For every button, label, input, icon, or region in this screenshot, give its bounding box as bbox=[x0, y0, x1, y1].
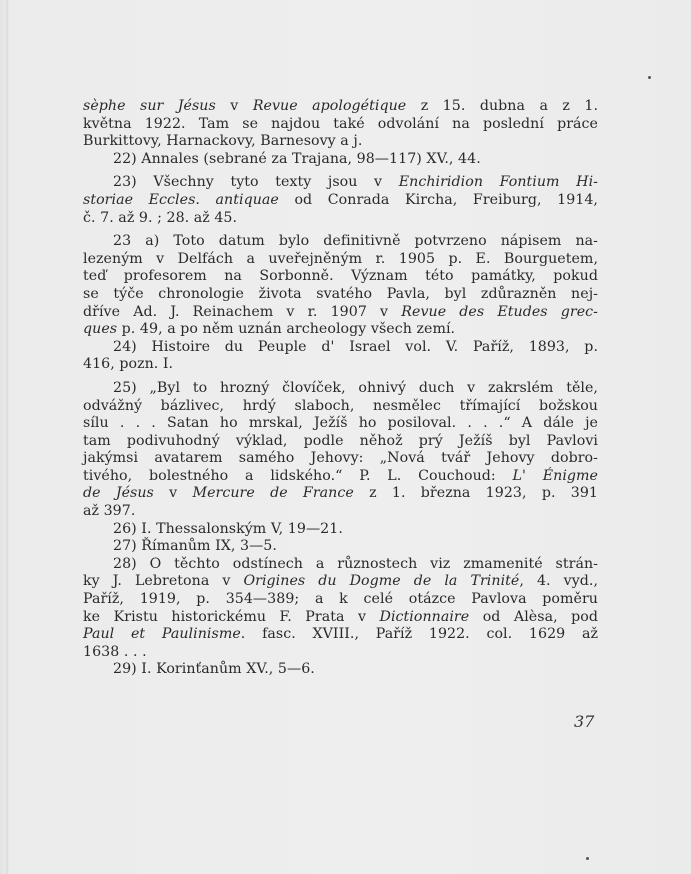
text-line: se týče chronologie života svatého Pavla… bbox=[83, 286, 598, 304]
text-segment: 25) „Byl to hrozný človíček, ohnivý duch… bbox=[113, 380, 598, 396]
text-segment: se týče chronologie života svatého Pavla… bbox=[83, 286, 598, 302]
text-line: 29) I. Korinťanům XV., 5—6. bbox=[83, 661, 598, 679]
italic-title: ques bbox=[83, 321, 117, 337]
text-segment: Burkittovy, Harnackovy, Barnesovy a j. bbox=[83, 133, 362, 149]
italic-title: Origines du Dogme de la Trinité bbox=[243, 573, 519, 589]
text-line: tam podivuhodný výklad, podle něhož prý … bbox=[83, 433, 598, 451]
text-segment: května 1922. Tam se najdou také odvolání… bbox=[83, 116, 598, 132]
text-segment: z 1. března 1923, p. 391 bbox=[354, 485, 598, 501]
text-segment: od Alèsa, pod bbox=[469, 609, 598, 625]
italic-title: storiae Eccles. antiquae bbox=[83, 192, 279, 208]
text-segment: 24) Histoire du Peuple d' Israel vol. V.… bbox=[113, 339, 598, 355]
text-line: ky J. Lebretona v Origines du Dogme de l… bbox=[83, 573, 598, 591]
text-line: 27) Římanům IX, 3—5. bbox=[83, 538, 598, 556]
text-segment: 29) I. Korinťanům XV., 5—6. bbox=[113, 661, 315, 677]
text-line: 23) Všechny tyto texty jsou v Enchiridio… bbox=[83, 174, 598, 192]
text-line: 22) Annales (sebrané za Trajana, 98—117)… bbox=[83, 151, 598, 169]
text-line: Paříž, 1919, p. 354—389; a k celé otázce… bbox=[83, 591, 598, 609]
text-line: 26) I. Thessalonským V, 19—21. bbox=[83, 521, 598, 539]
text-segment: z 15. dubna a z 1. bbox=[406, 98, 598, 114]
text-segment: 416, pozn. I. bbox=[83, 356, 173, 372]
text-line: teď profesorem na Sorbonně. Význam této … bbox=[83, 268, 598, 286]
text-line: Burkittovy, Harnackovy, Barnesovy a j. bbox=[83, 133, 598, 151]
text-segment: odvážný bázlivec, hrdý slaboch, nesmělec… bbox=[83, 398, 598, 414]
text-line: Paul et Paulinisme. fasc. XVIII., Paříž … bbox=[83, 626, 598, 644]
page-number: 37 bbox=[574, 712, 594, 731]
text-segment: sílu . . . Satan ho mrskal, Ježíš ho pos… bbox=[83, 415, 598, 431]
text-line: ke Kristu historickému F. Prata v Dictio… bbox=[83, 609, 598, 627]
text-segment: . fasc. XVIII., Paříž 1922. col. 1629 až bbox=[241, 626, 598, 642]
text-line: lezeným v Delfách a uveřejněným r. 1905 … bbox=[83, 251, 598, 269]
italic-title: sèphe sur Jésus bbox=[83, 98, 216, 114]
text-segment: ke Kristu historickému F. Prata v bbox=[83, 609, 380, 625]
text-line: 25) „Byl to hrozný človíček, ohnivý duch… bbox=[83, 380, 598, 398]
italic-title: L' Énigme bbox=[513, 468, 598, 484]
text-segment: 1638 . . . bbox=[83, 644, 147, 660]
text-line: 24) Histoire du Peuple d' Israel vol. V.… bbox=[83, 339, 598, 357]
text-line: tivého, bolestného a lidského.“ P. L. Co… bbox=[83, 468, 598, 486]
italic-title: Revue des Etudes grec- bbox=[401, 304, 598, 320]
text-segment: v bbox=[216, 98, 253, 114]
text-segment: teď profesorem na Sorbonně. Význam této … bbox=[83, 268, 598, 284]
text-segment: lezeným v Delfách a uveřejněným r. 1905 … bbox=[83, 251, 598, 267]
text-segment: tivého, bolestného a lidského.“ P. L. Co… bbox=[83, 468, 513, 484]
text-line: 1638 . . . bbox=[83, 644, 598, 662]
paper-speck bbox=[648, 76, 651, 79]
text-segment: v bbox=[154, 485, 193, 501]
text-segment: ky J. Lebretona v bbox=[83, 573, 243, 589]
text-segment: od Conrada Kircha, Freiburg, 1914, bbox=[279, 192, 598, 208]
text-line: 23 a) Toto datum bylo definitivně potvrz… bbox=[83, 233, 598, 251]
text-segment: , 4. vyd., bbox=[519, 573, 598, 589]
text-segment: jakýmsi avatarem samého Jehovy: „Nová tv… bbox=[83, 450, 598, 466]
footnotes-text-block: sèphe sur Jésus v Revue apologétique z 1… bbox=[83, 98, 598, 679]
text-line: 28) O těchto odstínech a různostech viz … bbox=[83, 556, 598, 574]
paper-speck bbox=[586, 857, 589, 860]
text-line: 416, pozn. I. bbox=[83, 356, 598, 374]
text-segment: dříve Ad. J. Reinachem v r. 1907 v bbox=[83, 304, 401, 320]
italic-title: Paul et Paulinisme bbox=[83, 626, 241, 642]
italic-title: Dictionnaire bbox=[380, 609, 470, 625]
text-segment: 28) O těchto odstínech a různostech viz … bbox=[113, 556, 598, 572]
text-line: až 397. bbox=[83, 503, 598, 521]
text-line: odvážný bázlivec, hrdý slaboch, nesmělec… bbox=[83, 398, 598, 416]
italic-title: de Jésus bbox=[83, 485, 154, 501]
text-segment: 23 a) Toto datum bylo definitivně potvrz… bbox=[113, 233, 598, 249]
text-segment: Paříž, 1919, p. 354—389; a k celé otázce… bbox=[83, 591, 598, 607]
italic-title: Revue apologétique bbox=[253, 98, 406, 114]
italic-title: Enchiridion Fontium Hi- bbox=[399, 174, 598, 190]
text-segment: až 397. bbox=[83, 503, 135, 519]
text-line: dříve Ad. J. Reinachem v r. 1907 v Revue… bbox=[83, 304, 598, 322]
text-line: jakýmsi avatarem samého Jehovy: „Nová tv… bbox=[83, 450, 598, 468]
text-line: sílu . . . Satan ho mrskal, Ježíš ho pos… bbox=[83, 415, 598, 433]
text-segment: 22) Annales (sebrané za Trajana, 98—117)… bbox=[113, 151, 481, 167]
text-line: storiae Eccles. antiquae od Conrada Kirc… bbox=[83, 192, 598, 210]
text-segment: 27) Římanům IX, 3—5. bbox=[113, 538, 277, 554]
text-segment: 23) Všechny tyto texty jsou v bbox=[113, 174, 399, 190]
text-segment: tam podivuhodný výklad, podle něhož prý … bbox=[83, 433, 598, 449]
text-line: de Jésus v Mercure de France z 1. března… bbox=[83, 485, 598, 503]
text-segment: č. 7. až 9. ; 28. až 45. bbox=[83, 210, 237, 226]
text-line: sèphe sur Jésus v Revue apologétique z 1… bbox=[83, 98, 598, 116]
scanned-book-page: sèphe sur Jésus v Revue apologétique z 1… bbox=[0, 0, 691, 874]
text-segment: 26) I. Thessalonským V, 19—21. bbox=[113, 521, 343, 537]
text-line: ques p. 49, a po něm uznán archeology vš… bbox=[83, 321, 598, 339]
text-segment: p. 49, a po něm uznán archeology všech z… bbox=[117, 321, 455, 337]
italic-title: Mercure de France bbox=[193, 485, 354, 501]
text-line: května 1922. Tam se najdou také odvolání… bbox=[83, 116, 598, 134]
text-line: č. 7. až 9. ; 28. až 45. bbox=[83, 210, 598, 228]
